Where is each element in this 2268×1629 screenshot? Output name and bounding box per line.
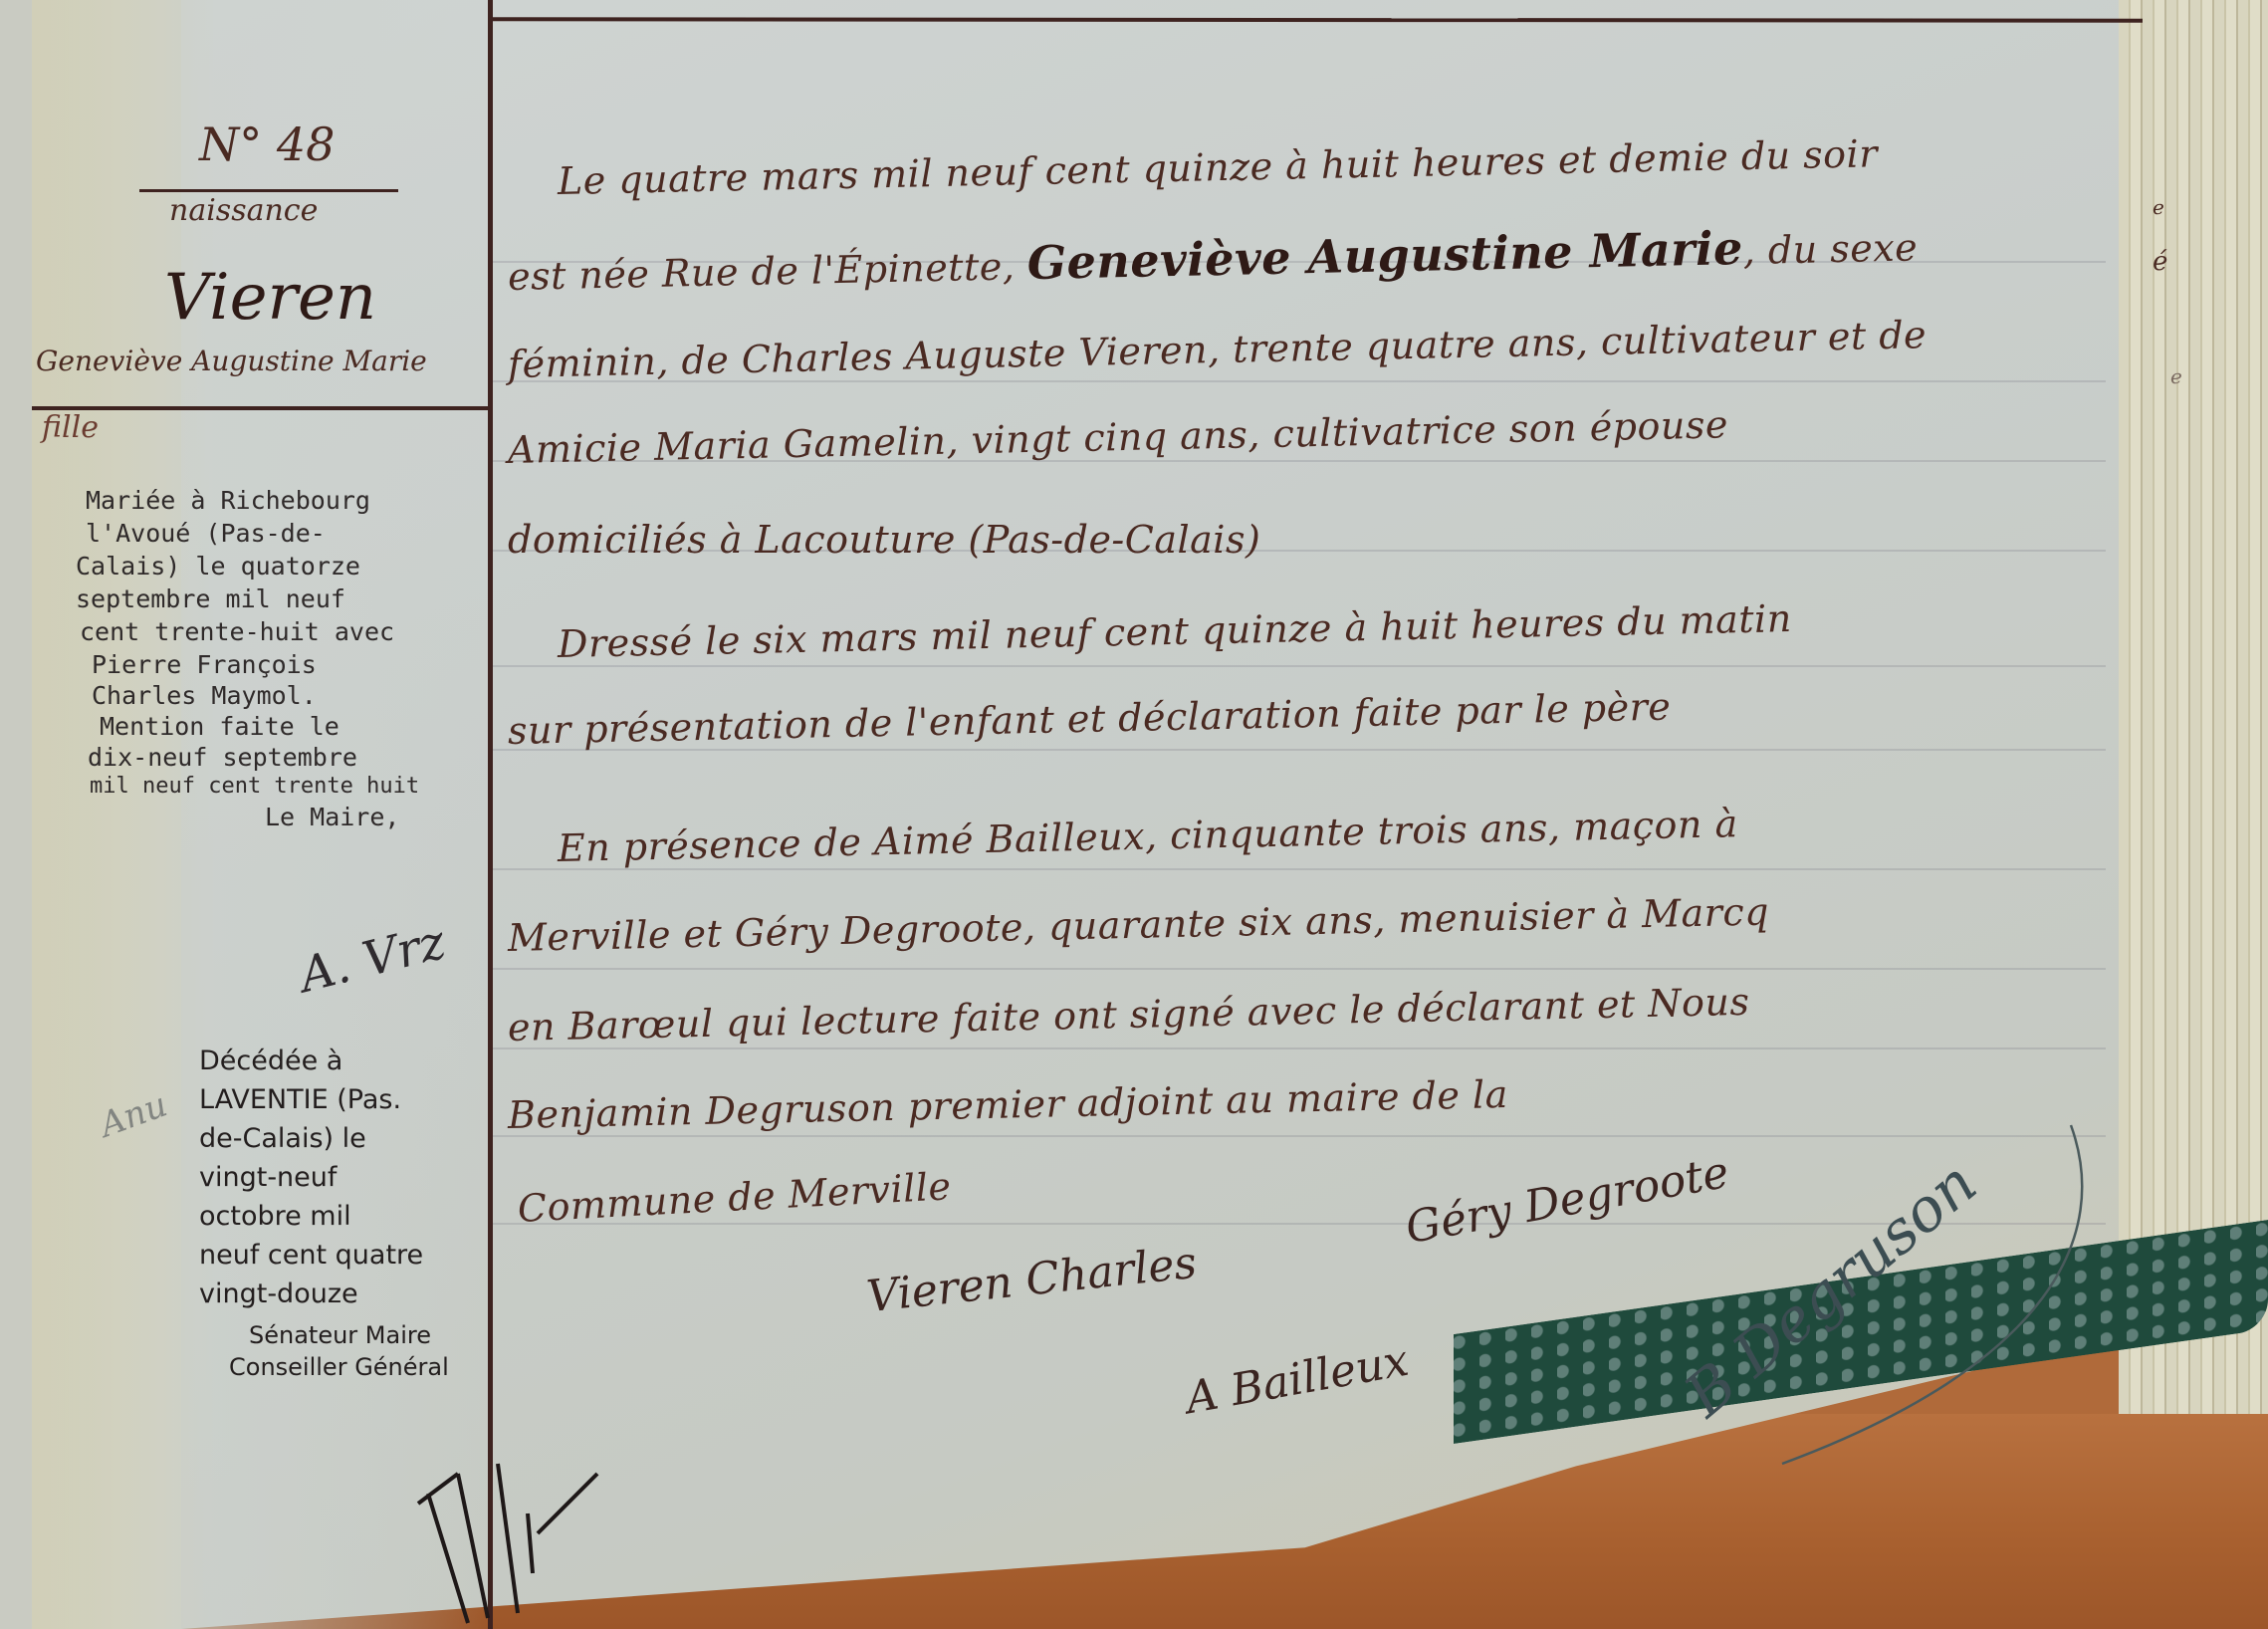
death-note-line: neuf cent quatre <box>199 1240 498 1271</box>
guide-line <box>493 968 2106 970</box>
death-note-signoff: Sénateur Maire <box>249 1321 548 1349</box>
page-stack-edge <box>2119 0 2268 1414</box>
given-names: Geneviève Augustine Marie <box>36 345 427 377</box>
guide-line <box>493 1047 2106 1049</box>
sex-label: fille <box>42 410 99 445</box>
death-note-line: de-Calais) le <box>199 1123 498 1154</box>
act-number-underline <box>139 189 398 192</box>
margin-header-rule <box>32 406 490 410</box>
mayor-signature-1992 <box>398 1434 637 1629</box>
previous-page-edge <box>0 0 32 1629</box>
edge-mark: é <box>2153 247 2167 277</box>
marriage-note-line: Mariée à Richebourg <box>86 486 494 515</box>
guide-line <box>493 665 2106 667</box>
death-note-line: Décédée à <box>199 1046 498 1076</box>
marriage-note-line: Pierre François <box>92 650 500 679</box>
birth-place: est née Rue de l'Épinette, <box>508 244 1016 299</box>
act-number: N° 48 <box>199 117 335 171</box>
death-note-signoff: Conseiller Général <box>229 1353 528 1381</box>
marriage-note-line: dix-neuf septembre <box>88 743 496 772</box>
death-note-line: vingt-douze <box>199 1279 498 1309</box>
marriage-note-line: Calais) le quatorze <box>76 552 484 581</box>
marriage-note-line: l'Avoué (Pas-de- <box>86 519 494 548</box>
marriage-note-line: mil neuf cent trente huit <box>90 774 498 799</box>
signature-flourish <box>1772 1115 2111 1474</box>
edge-mark: e <box>2170 364 2182 388</box>
marriage-note-line: septembre mil neuf <box>76 584 484 613</box>
edge-mark: e <box>2153 195 2164 219</box>
death-note: Décédée à LAVENTIE (Pas. de-Calais) le v… <box>199 1046 498 1381</box>
surname: Vieren <box>164 261 376 335</box>
sex-phrase: , du sexe <box>1742 225 1918 273</box>
act-type: naissance <box>169 193 318 228</box>
marriage-note-line: Charles Maymol. <box>92 681 500 710</box>
marriage-note-line: cent trente-huit avec <box>80 617 488 646</box>
guide-line <box>493 868 2106 870</box>
death-note-line: vingt-neuf <box>199 1162 498 1193</box>
marriage-note: Mariée à Richebourg l'Avoué (Pas-de- Cal… <box>86 486 494 831</box>
marriage-note-line: Mention faite le <box>100 712 508 741</box>
death-note-line: octobre mil <box>199 1201 498 1232</box>
guide-line <box>493 749 2106 751</box>
body-line-5: domiciliés à Lacouture (Pas-de-Calais) <box>508 518 1260 562</box>
death-note-line: LAVENTIE (Pas. <box>199 1084 498 1115</box>
